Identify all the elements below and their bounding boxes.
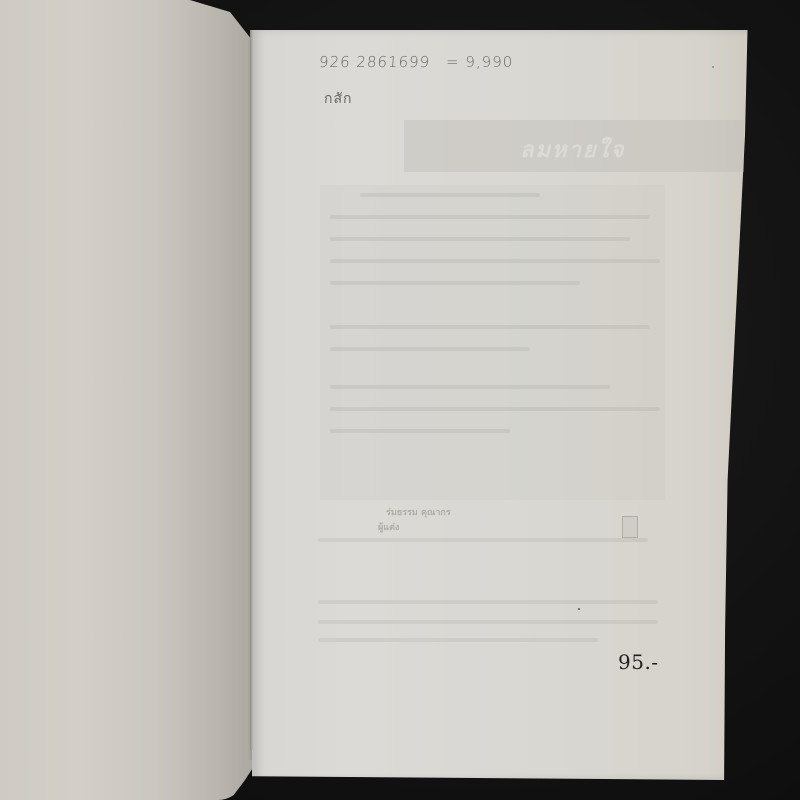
bleed-through-text-block (320, 185, 665, 500)
bleed-through-heading: ร่มธรรม คุณากร (386, 505, 451, 519)
dust-speck (712, 66, 714, 68)
bleed-through-line (318, 538, 648, 542)
handwritten-isbn: 926 2861699 (318, 53, 430, 71)
bleed-through-line (318, 638, 598, 642)
bleed-through-subheading: ผู้แต่ง (378, 520, 399, 534)
dust-speck (578, 608, 580, 610)
bleed-through-line (318, 620, 658, 624)
handwritten-code: = 9,990 (446, 53, 513, 71)
book-photo-scene: ลมหายใจ ร่มธรรม คุณากร ผู้แต่ง 926 28616… (0, 0, 800, 800)
handwritten-note: กสัก (324, 88, 353, 110)
book-spine (250, 30, 253, 750)
bleed-through-title: ลมหายใจ (520, 132, 625, 167)
bleed-through-line (318, 600, 658, 604)
bleed-through-stamp-icon (622, 516, 638, 538)
printed-price: 95.- (618, 650, 659, 674)
left-page-blank (0, 0, 258, 800)
